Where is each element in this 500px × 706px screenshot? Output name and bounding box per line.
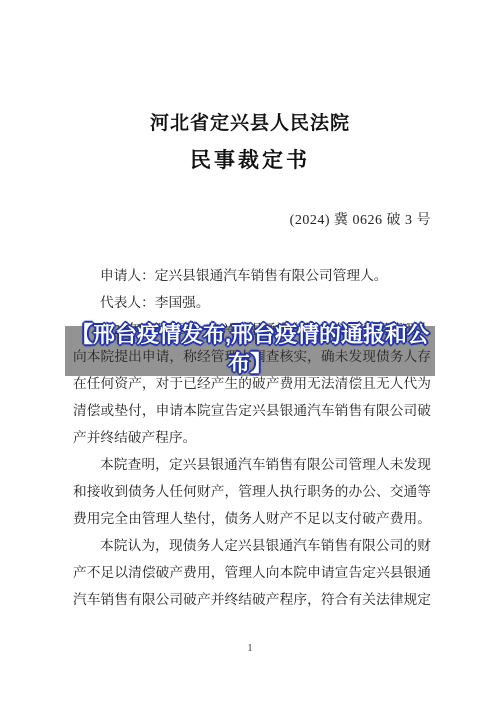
text-line: 产不足以清偿破产费用，管理人向本院申请宣告定兴县银通 <box>73 559 431 586</box>
text-line: 本院查明，定兴县银通汽车销售有限公司管理人未发现 <box>73 451 431 478</box>
page-number: 1 <box>0 642 500 654</box>
watermark-text: 【邢台疫情发布,邢台疫情的通报和公布】 <box>65 320 435 378</box>
case-number: (2024) 冀 0626 破 3 号 <box>73 209 431 229</box>
text-line: 和接收到债务人任何财产，管理人执行职务的办公、交通等 <box>73 478 431 505</box>
text-line: 产并终结破产程序。 <box>73 424 431 451</box>
text-line-applicant: 申请人：定兴县银通汽车销售有限公司管理人。 <box>73 262 431 289</box>
document-page: 河北省定兴县人民法院 民事裁定书 (2024) 冀 0626 破 3 号 申请人… <box>0 0 500 706</box>
text-line: 本院认为，现债务人定兴县银通汽车销售有限公司的财 <box>73 532 431 559</box>
text-line-representative: 代表人：李国强。 <box>73 289 431 316</box>
text-line: 清偿或垫付，申请本院宣告定兴县银通汽车销售有限公司破 <box>73 397 431 424</box>
text-line: 费用完全由管理人垫付，债务人财产不足以支付破产费用。 <box>73 505 431 532</box>
document-title: 民事裁定书 <box>0 144 500 174</box>
body-text: 申请人：定兴县银通汽车销售有限公司管理人。 代表人：李国强。 2023年1月27… <box>73 262 431 613</box>
text-line: 汽车销售有限公司破产并终结破产程序，符合有关法律规定 <box>73 586 431 613</box>
court-name: 河北省定兴县人民法院 <box>0 108 500 135</box>
